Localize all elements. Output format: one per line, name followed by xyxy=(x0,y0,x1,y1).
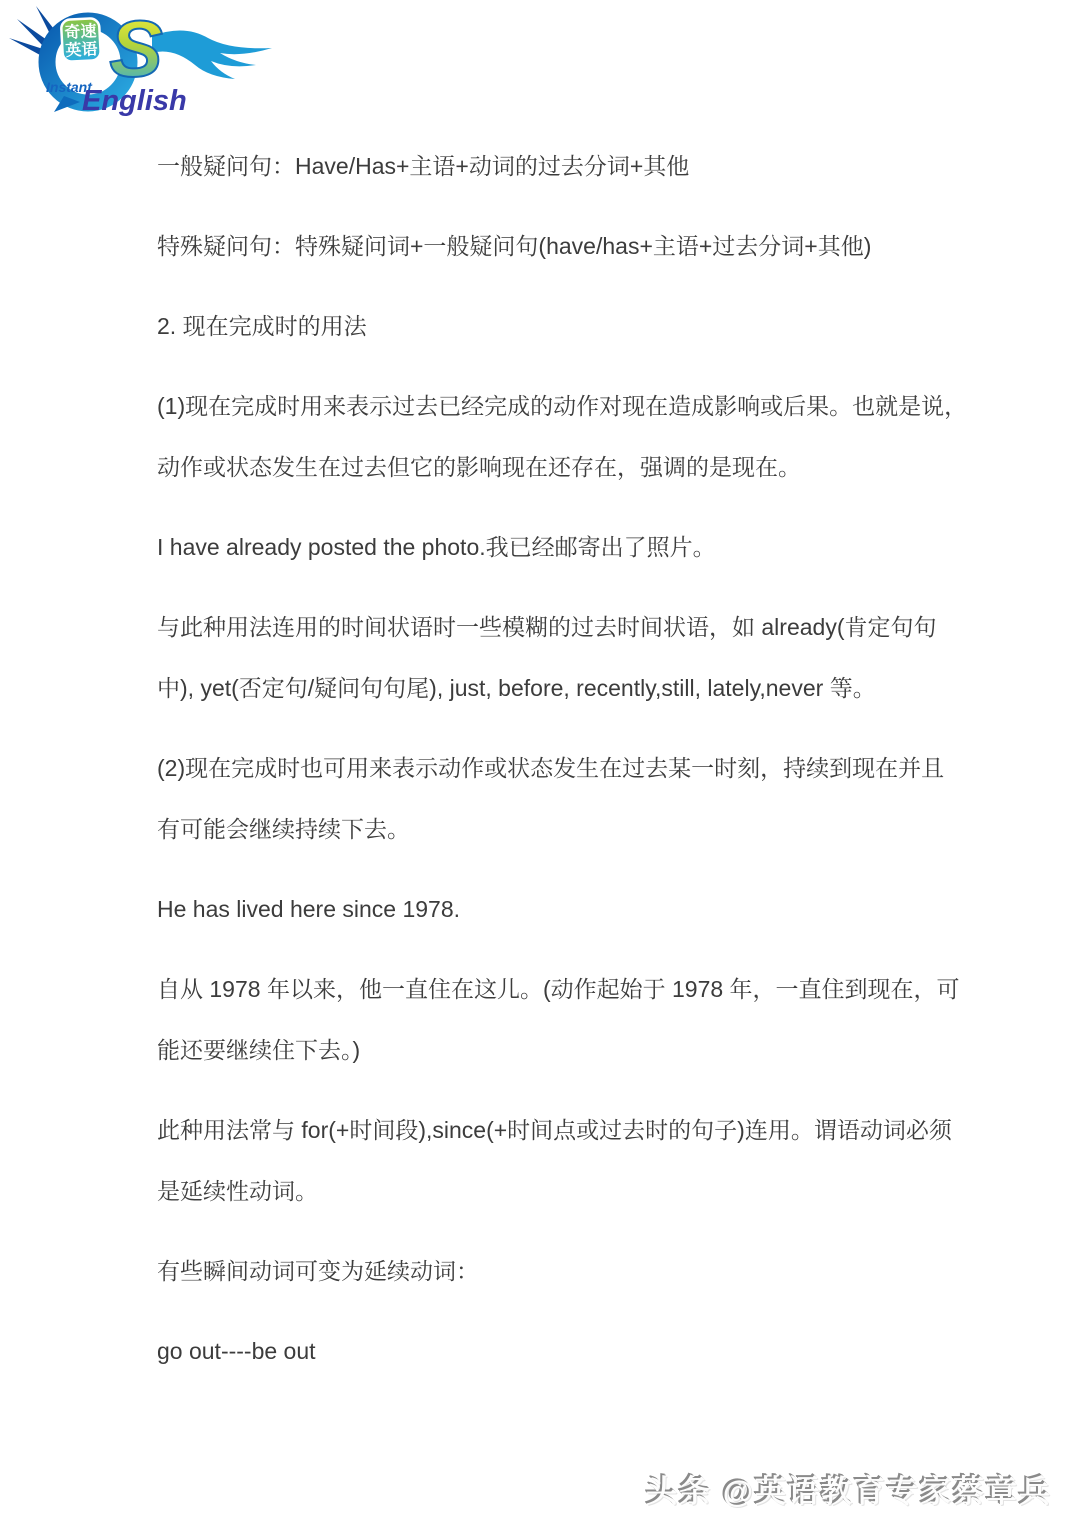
logo-badge-line1: 奇速 xyxy=(64,21,97,42)
text-line: 动作或状态发生在过去但它的影响现在还存在，强调的是现在。 xyxy=(157,437,1080,498)
paragraph-8: He has lived here since 1978. xyxy=(157,879,1080,940)
instant-english-logo: 奇速 英语 S Instant English xyxy=(6,2,278,120)
text-line: He has lived here since 1978. xyxy=(157,879,1080,940)
text-line: 此种用法常与 for(+时间段),since(+时间点或过去时的句子)连用。谓语… xyxy=(157,1100,1080,1161)
document-body: 一般疑问句：Have/Has+主语+动词的过去分词+其他特殊疑问句：特殊疑问词+… xyxy=(0,136,1080,1401)
paragraph-2: 特殊疑问句：特殊疑问词+一般疑问句(have/has+主语+过去分词+其他) xyxy=(157,216,1080,277)
text-line: 是延续性动词。 xyxy=(157,1161,1080,1222)
paragraph-10: 此种用法常与 for(+时间段),since(+时间点或过去时的句子)连用。谓语… xyxy=(157,1100,1080,1222)
paragraph-9: 自从 1978 年以来，他一直住在这儿。(动作起始于 1978 年，一直住到现在… xyxy=(157,959,1080,1081)
document-page: 奇速 英语 S Instant English 一般疑问句：Have/Has+主… xyxy=(0,0,1080,1527)
logo-badge: 奇速 英语 xyxy=(61,18,101,62)
logo-badge-line2: 英语 xyxy=(65,39,98,60)
text-line: 有些瞬间动词可变为延续动词： xyxy=(157,1241,1080,1302)
paragraph-5: I have already posted the photo.我已经邮寄出了照… xyxy=(157,517,1080,578)
text-line: 自从 1978 年以来，他一直住在这儿。(动作起始于 1978 年，一直住到现在… xyxy=(157,959,1080,1020)
text-line: (2)现在完成时也可用来表示动作或状态发生在过去某一时刻，持续到现在并且 xyxy=(157,738,1080,799)
logo-english-text: English xyxy=(82,85,187,117)
paragraph-3: 2. 现在完成时的用法 xyxy=(157,296,1080,357)
text-line: 一般疑问句：Have/Has+主语+动词的过去分词+其他 xyxy=(157,136,1080,197)
text-line: 能还要继续住下去。) xyxy=(157,1020,1080,1081)
paragraph-1: 一般疑问句：Have/Has+主语+动词的过去分词+其他 xyxy=(157,136,1080,197)
watermark-text: 头条 @英语教育专家蔡章兵 xyxy=(646,1466,1052,1511)
text-line: I have already posted the photo.我已经邮寄出了照… xyxy=(157,517,1080,578)
text-line: go out----be out xyxy=(157,1321,1080,1382)
text-line: 中), yet(否定句/疑问句句尾), just, before, recent… xyxy=(157,658,1080,719)
paragraph-12: go out----be out xyxy=(157,1321,1080,1382)
swoosh-icon xyxy=(152,30,272,79)
text-line: 有可能会继续持续下去。 xyxy=(157,799,1080,860)
text-line: 2. 现在完成时的用法 xyxy=(157,296,1080,357)
paragraph-11: 有些瞬间动词可变为延续动词： xyxy=(157,1241,1080,1302)
logo-s-letter: S xyxy=(109,4,162,93)
text-line: 与此种用法连用的时间状语时一些模糊的过去时间状语，如 already(肯定句句 xyxy=(157,597,1080,658)
paragraph-7: (2)现在完成时也可用来表示动作或状态发生在过去某一时刻，持续到现在并且有可能会… xyxy=(157,738,1080,860)
paragraph-4: (1)现在完成时用来表示过去已经完成的动作对现在造成影响或后果。也就是说，动作或… xyxy=(157,376,1080,498)
paragraph-6: 与此种用法连用的时间状语时一些模糊的过去时间状语，如 already(肯定句句中… xyxy=(157,597,1080,719)
text-line: (1)现在完成时用来表示过去已经完成的动作对现在造成影响或后果。也就是说， xyxy=(157,376,1080,437)
text-line: 特殊疑问句：特殊疑问词+一般疑问句(have/has+主语+过去分词+其他) xyxy=(157,216,1080,277)
